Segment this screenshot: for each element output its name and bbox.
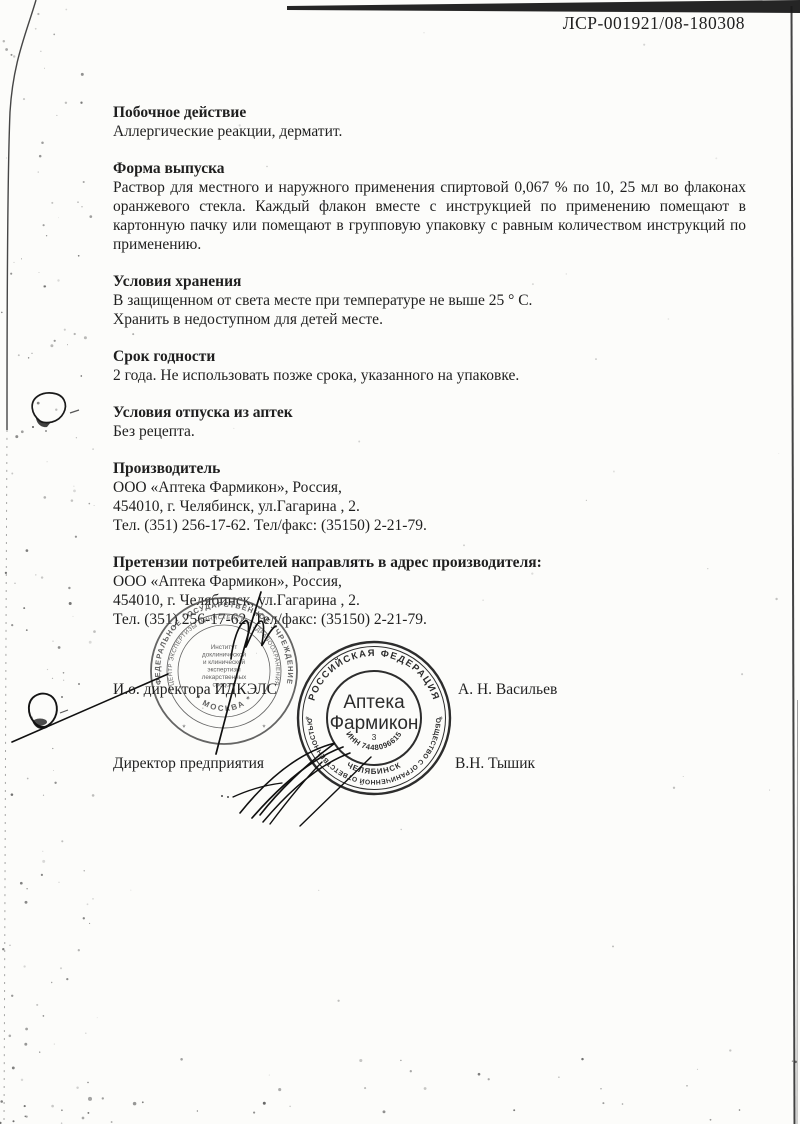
section-body: ООО «Аптека Фармикон», Россия,454010, г.…: [113, 478, 746, 535]
stamp-left-center-line: и клинической: [203, 658, 246, 666]
section-line: Тел. (351) 256-17-62. Тел/факс: (35150) …: [113, 610, 746, 629]
signature-name-1: А. Н. Васильев: [458, 681, 557, 699]
stamp-right-number: 3: [372, 732, 377, 742]
section-body: Аллергические реакции, дерматит.: [113, 122, 746, 141]
section: Условия хранения В защищенном от света м…: [113, 272, 746, 329]
section-line: Хранить в недоступном для детей месте.: [113, 310, 746, 329]
stamp-right-star-left: *: [434, 716, 444, 720]
section-line: В защищенном от света месте при температ…: [113, 291, 746, 310]
signature-role-2: Директор предприятия: [113, 755, 264, 773]
section-line: Тел. (351) 256-17-62. Тел/факс: (35150) …: [113, 516, 746, 535]
stamp-apteka-farmikon: РОССИЙСКАЯ ФЕДЕРАЦИЯ ОБЩЕСТВО С ОГРАНИЧЕ…: [289, 633, 459, 803]
section-body: 2 года. Не использовать позже срока, ука…: [113, 366, 746, 385]
svg-text:*: *: [304, 716, 314, 720]
section-heading: Претензии потребителей направлять в адре…: [113, 553, 746, 572]
stamp-right-inn-text: ИНН 7448096615: [344, 730, 404, 753]
stamp-left-star-right: *: [181, 720, 189, 729]
ink-blob-upper: [32, 393, 79, 432]
signature-role-1: И.о. директора ИДКЭЛС: [113, 681, 277, 699]
svg-text:ИНН 7448096615: ИНН 7448096615: [344, 730, 404, 753]
section-line: 2 года. Не использовать позже срока, ука…: [113, 366, 746, 385]
section-line: 454010, г. Челябинск, ул.Гагарина , 2.: [113, 591, 746, 610]
stamp-left-center-line: лекарственных: [202, 674, 247, 681]
section-line: Раствор для местного и наружного примене…: [113, 178, 746, 254]
scanned-document-page: ЛСР-001921/08-180308 Побочное действие А…: [0, 0, 800, 1124]
section-heading: Побочное действие: [113, 103, 746, 122]
section: Форма выпуска Раствор для местного и нар…: [113, 159, 746, 254]
section-line: Без рецепта.: [113, 422, 746, 441]
section-line: ООО «Аптека Фармикон», Россия,: [113, 572, 746, 591]
stamp-right-city-text: ЧЕЛЯБИНСК: [345, 760, 402, 776]
section-line: Аллергические реакции, дерматит.: [113, 122, 746, 141]
svg-text:*: *: [259, 720, 267, 729]
stamp-right-ring-bottom-text: ОБЩЕСТВО С ОГРАНИЧЕННОЙ ОТВЕТСТВЕННОСТЬЮ: [307, 718, 441, 787]
scan-left-edge-line: [7, 0, 36, 430]
section-heading: Условия хранения: [113, 272, 746, 291]
section: Претензии потребителей направлять в адре…: [113, 553, 746, 629]
document-sections: Побочное действие Аллергические реакции,…: [113, 103, 746, 647]
stamp-left-center-line: доклинической: [202, 651, 246, 659]
section-body: В защищенном от света месте при температ…: [113, 291, 746, 329]
section-body: Раствор для местного и наружного примене…: [113, 178, 746, 254]
stamp-right-ring-top-text: РОССИЙСКАЯ ФЕДЕРАЦИЯ: [307, 648, 442, 702]
stamp-left-star-left: *: [259, 720, 267, 729]
scan-top-bar: [287, 0, 800, 13]
section-heading: Условия отпуска из аптек: [113, 403, 746, 422]
section: Условия отпуска из аптек Без рецепта.: [113, 403, 746, 441]
section-line: 454010, г. Челябинск, ул.Гагарина , 2.: [113, 497, 746, 516]
stamp-right-name-line1: Аптека: [343, 692, 405, 713]
stamp-right-star-right: *: [304, 716, 314, 720]
stamp-right-name-line2: Фармикон: [330, 713, 419, 734]
scan-right-edge-line: [792, 6, 795, 1124]
section-body: ООО «Аптека Фармикон», Россия,454010, г.…: [113, 572, 746, 629]
svg-text:ЧЕЛЯБИНСК: ЧЕЛЯБИНСК: [345, 760, 402, 776]
section: Срок годности 2 года. Не использовать по…: [113, 347, 746, 385]
svg-text:*: *: [434, 716, 444, 720]
svg-text:ОБЩЕСТВО С ОГРАНИЧЕННОЙ ОТВЕТС: ОБЩЕСТВО С ОГРАНИЧЕННОЙ ОТВЕТСТВЕННОСТЬЮ: [307, 718, 441, 787]
stamp-left-center-line: экспертизы: [207, 667, 241, 674]
svg-text:РОССИЙСКАЯ ФЕДЕРАЦИЯ: РОССИЙСКАЯ ФЕДЕРАЦИЯ: [307, 648, 442, 702]
signature-name-2: В.Н. Тышик: [455, 755, 535, 773]
section-heading: Срок годности: [113, 347, 746, 366]
ink-blob-lower: [29, 683, 80, 729]
section-body: Без рецепта.: [113, 422, 746, 441]
scan-left-edge-line-faint: [4, 430, 7, 1124]
svg-text:*: *: [181, 720, 189, 729]
section-heading: Производитель: [113, 459, 746, 478]
section-line: ООО «Аптека Фармикон», Россия,: [113, 478, 746, 497]
section: Побочное действие Аллергические реакции,…: [113, 103, 746, 141]
scan-right-edge-line-2: [797, 700, 798, 1124]
section: Производитель ООО «Аптека Фармикон», Рос…: [113, 459, 746, 535]
section-heading: Форма выпуска: [113, 159, 746, 178]
registration-number: ЛСР-001921/08-180308: [0, 13, 745, 34]
